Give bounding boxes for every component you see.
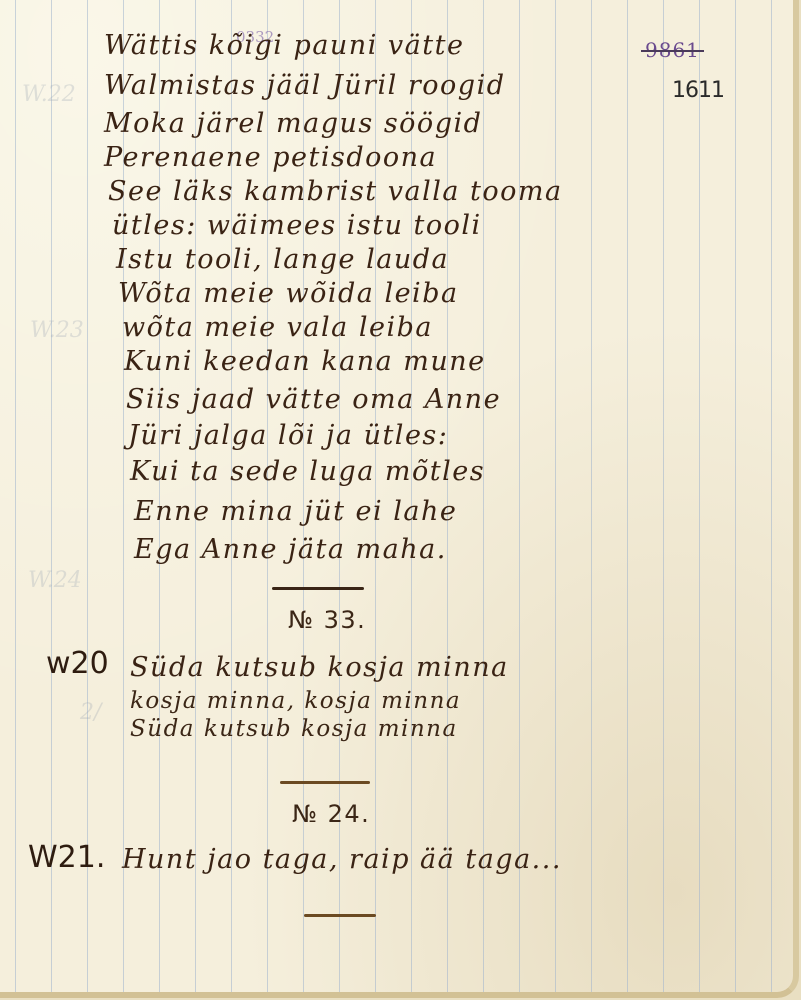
verse-line: Wättis kõigi pauni vätte	[104, 30, 464, 61]
verse-line: Kuni keedan kana mune	[124, 346, 486, 377]
bleed-through-text: W.23	[30, 318, 84, 343]
bleed-through-text: 2/	[80, 700, 101, 725]
section-divider	[280, 781, 370, 784]
verse-line: Moka järel magus söögid	[104, 108, 482, 139]
verse-line: Hunt jao taga, raip ää taga...	[122, 844, 562, 875]
verse-line: Kui ta sede luga mõtles	[130, 456, 485, 487]
verse-line: Jüri jalga lõi ja ütles:	[128, 420, 448, 451]
verse-line: Süda kutsub kosja minna	[130, 716, 458, 742]
verse-line: Istu tooli, lange lauda	[116, 244, 449, 275]
verse-line: ütles: wäimees istu tooli	[112, 210, 482, 241]
manuscript-page: W.22 W.23 W.24 2/ 9861 1611 0332 Wättis …	[0, 0, 799, 998]
song-number-heading: № 33.	[288, 606, 366, 634]
song-label: W21.	[28, 840, 105, 875]
archive-stamp-struck: 9861	[645, 38, 700, 62]
bleed-through-text: W.22	[22, 82, 76, 107]
verse-line: kosja minna, kosja minna	[130, 688, 461, 714]
verse-line: See läks kambrist valla tooma	[108, 176, 563, 207]
bleed-through-text: W.24	[28, 568, 82, 593]
verse-line: Ega Anne jäta maha.	[134, 534, 447, 565]
section-divider	[272, 587, 364, 590]
song-label: w20	[46, 646, 109, 681]
section-divider	[304, 914, 376, 917]
verse-line: Wõta meie wõida leiba	[118, 278, 459, 309]
verse-line: Walmistas jääl Jüril roogid	[104, 70, 506, 101]
song-number-heading: № 24.	[292, 800, 370, 828]
verse-line: Süda kutsub kosja minna	[130, 652, 509, 683]
verse-line: Perenaene petisdoona	[104, 142, 437, 173]
verse-line: wõta meie vala leiba	[122, 312, 433, 343]
verse-line: Siis jaad vätte oma Anne	[126, 384, 501, 415]
verse-line: Enne mina jüt ei lahe	[134, 496, 457, 527]
archive-pencil-number: 1611	[672, 78, 724, 103]
